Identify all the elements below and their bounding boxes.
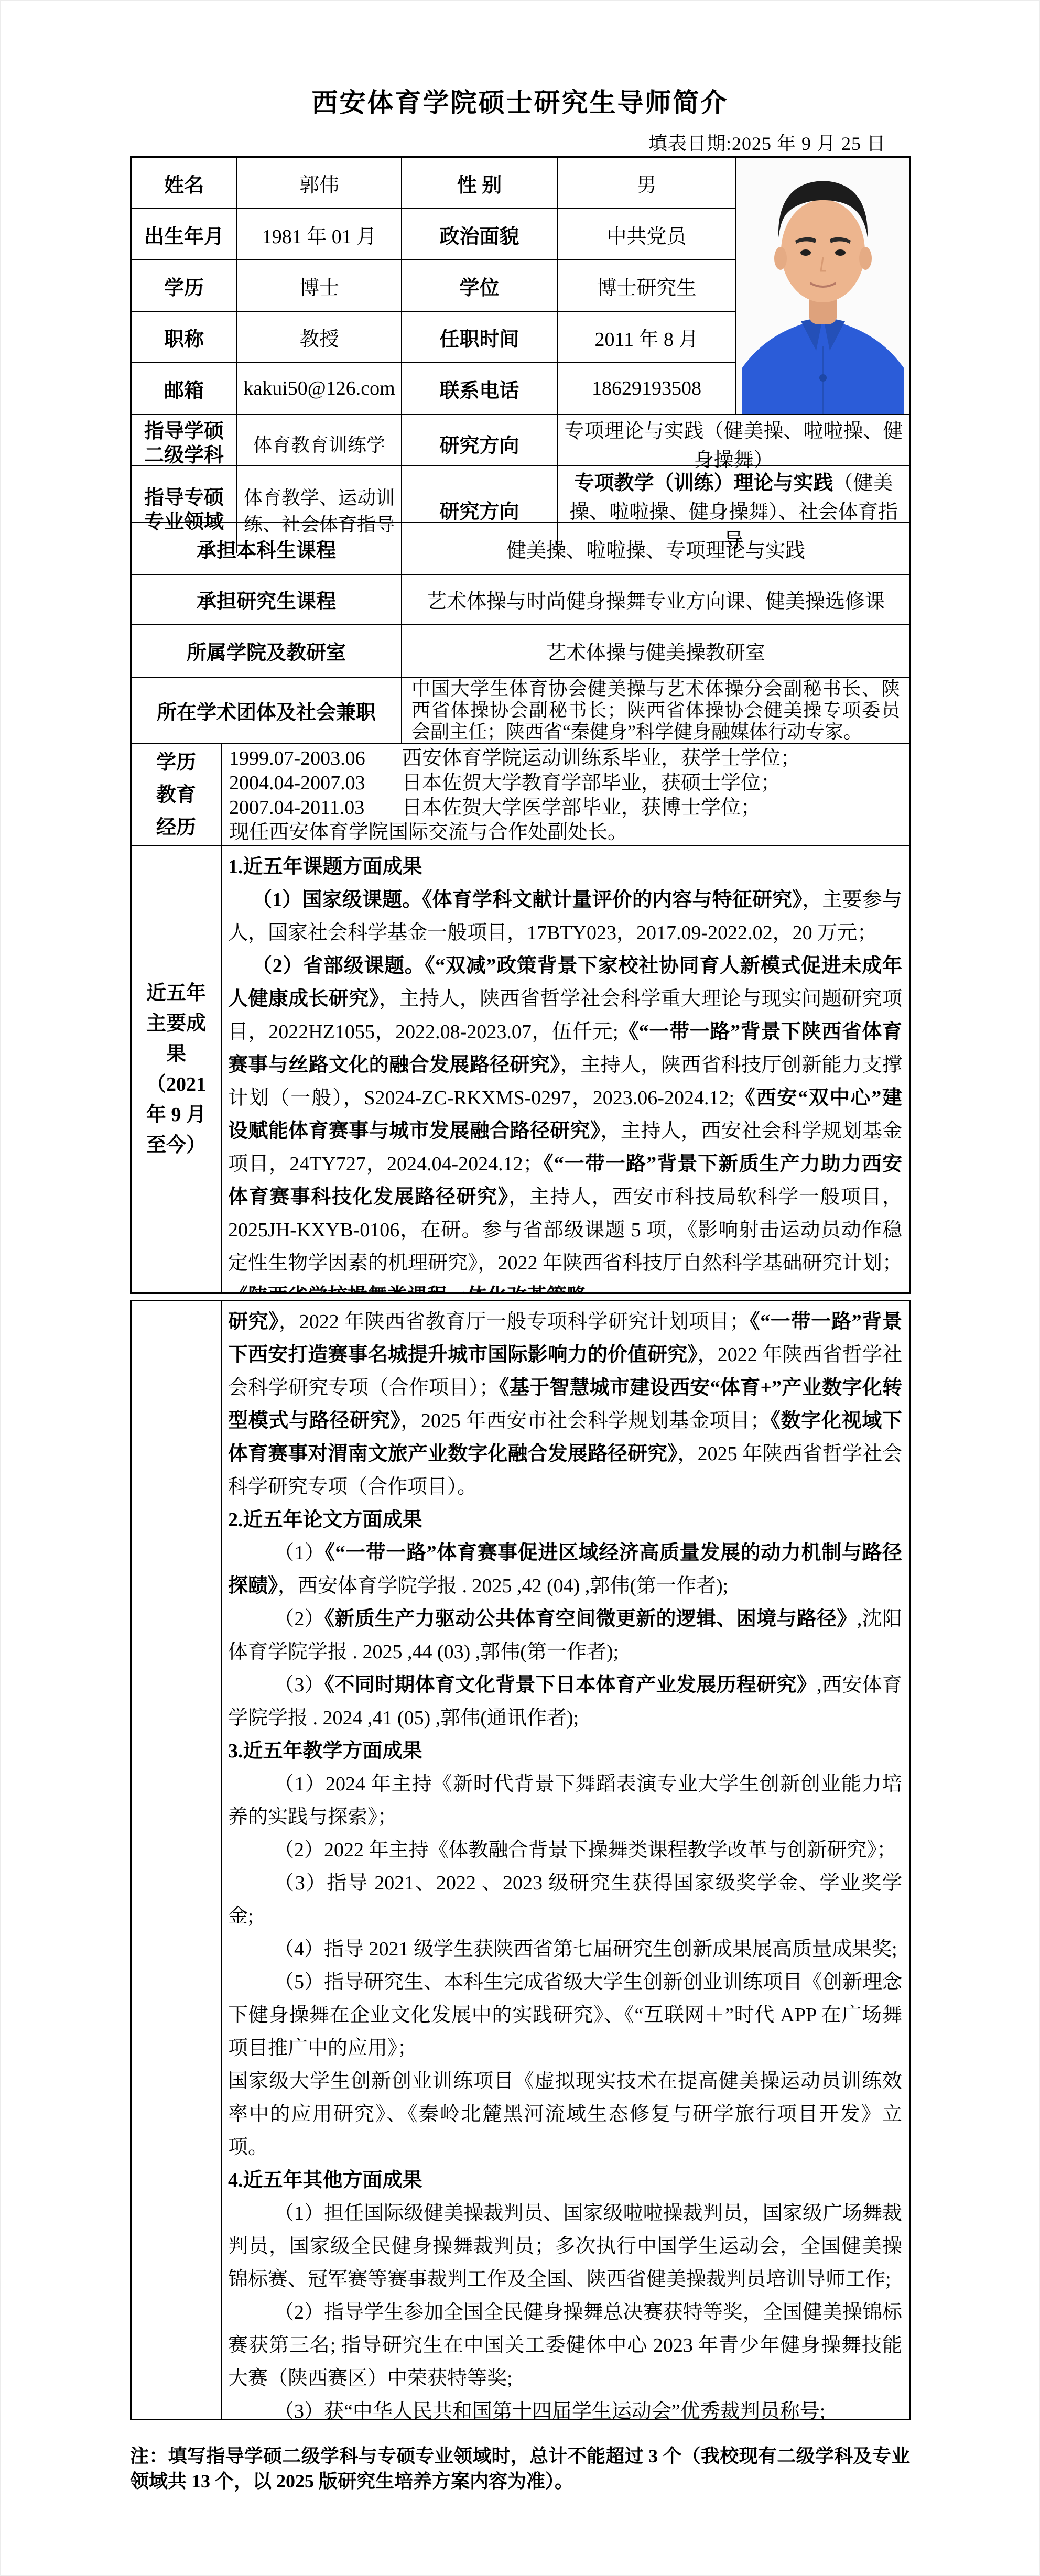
paragraph: 1.近五年课题方面成果 — [228, 851, 902, 884]
paragraph: （2）指导学生参加全国全民健身操舞总决赛获特等奖，全国健美操锦标赛获第三名; 指… — [228, 2296, 902, 2395]
table-row: 职称 教授 任职时间 2011 年 8 月 — [132, 311, 735, 362]
paragraph: （4）指导 2021 级学生获陕西省第七届研究生创新成果展高质量成果奖; — [228, 1933, 902, 1966]
table-row: 所在学术团体及社会兼职 中国大学生体育协会健美操与艺术体操分会副秘书长、陕西省体… — [132, 677, 909, 743]
education-period: 1999.07-2003.06 — [229, 746, 402, 771]
email-value: kakui50@126.com — [236, 363, 401, 414]
graduate-courses-value: 艺术体操与时尚健身操舞专业方向课、健美操选修课 — [401, 575, 909, 624]
table-row: 承担研究生课程 艺术体操与时尚健身操舞专业方向课、健美操选修课 — [132, 574, 909, 624]
paragraph: （1）担任国际级健美操裁判员、国家级啦啦操裁判员，国家级广场舞裁判员，国家级全民… — [228, 2197, 902, 2296]
political-label: 政治面貌 — [401, 209, 557, 259]
email-label: 邮箱 — [132, 363, 236, 414]
academic-master-discipline-value: 体育教育训练学 — [236, 415, 401, 472]
degree-value: 博士研究生 — [557, 260, 735, 311]
table-row: 邮箱 kakui50@126.com 联系电话 18629193508 — [132, 362, 735, 414]
paragraph: （5）指导研究生、本科生完成省级大学生创新创业训练项目《创新理念下健身操舞在企业… — [228, 1966, 902, 2065]
gender-label: 性 别 — [401, 158, 557, 208]
table-row: 指导学硕二级学科 体育教育训练学 研究方向 专项理论与实践（健美操、啦啦操、健身… — [132, 414, 909, 465]
name-value: 郭伟 — [236, 158, 401, 208]
achievements-content-part2: 研究》，2022 年陕西省教育厅一般专项科学研究计划项目；《“一带一路”背景下西… — [221, 1301, 909, 2419]
paragraph: （1）国家级课题。《体育学科文献计量评价的内容与特征研究》，主要参与人，国家社会… — [228, 884, 902, 950]
paragraph: （2）《新质生产力驱动公共体育空间微更新的逻辑、困境与路径》,沈阳体育学院学报 … — [228, 1603, 902, 1669]
rich-text: 专项理论与实践（健美操、啦啦操、健身操舞） — [563, 415, 904, 472]
portrait-photo — [735, 158, 909, 414]
paragraph: （1）2024 年主持《新时代背景下舞蹈表演专业大学生创新创业能力培养的实践与探… — [228, 1768, 902, 1834]
academic-master-discipline-label: 指导学硕二级学科 — [132, 415, 236, 472]
education-period: 2004.04-2007.03 — [229, 771, 402, 796]
appointment-value: 2011 年 8 月 — [557, 312, 735, 362]
page-title: 西安体育学院硕士研究生导师简介 — [0, 82, 1040, 119]
table-row: 指导专硕专业领域 体育教学、运动训练、社会体育指导 研究方向 专项教学（训练）理… — [132, 465, 909, 522]
undergrad-courses-label: 承担本科生课程 — [132, 523, 401, 574]
education-line: 1999.07-2003.06西安体育学院运动训练系毕业，获学士学位； — [229, 746, 904, 771]
footer-note: 注：填写指导学硕二级学科与专硕专业领域时，总计不能超过 3 个（我校现有二级学科… — [130, 2443, 910, 2494]
education-period: 2007.04-2011.03 — [229, 796, 402, 820]
appointment-label: 任职时间 — [401, 312, 557, 362]
graduate-courses-label: 承担研究生课程 — [132, 575, 401, 624]
education-history-label: 学历教育经历 — [132, 744, 221, 845]
paragraph: 4.近五年其他方面成果 — [228, 2164, 902, 2197]
achievements-continued-table: 研究》，2022 年陕西省教育厅一般专项科学研究计划项目；《“一带一路”背景下西… — [130, 1300, 911, 2420]
paragraph: （3）指导 2021、2022 、2023 级研究生获得国家级奖学金、学业奖学金… — [228, 1867, 902, 1933]
table-row: 学历 博士 学位 博士研究生 — [132, 259, 735, 311]
title-rank-label: 职称 — [132, 312, 236, 362]
table-row: 近五年主要成果（2021 年 9 月至今） 1.近五年课题方面成果（1）国家级课… — [132, 845, 909, 1292]
achievements-continued-label-cell — [132, 1301, 221, 2419]
fill-date: 填表日期:2025 年 9 月 25 日 — [648, 129, 886, 156]
paragraph: 3.近五年教学方面成果 — [228, 1735, 902, 1768]
education-line: 现任西安体育学院国际交流与合作处副处长。 — [229, 820, 904, 845]
birth-label: 出生年月 — [132, 209, 236, 259]
education-detail: 现任西安体育学院国际交流与合作处副处长。 — [229, 821, 627, 843]
achievements-label: 近五年主要成果（2021 年 9 月至今） — [132, 846, 221, 1292]
supervisor-info-table: 姓名 郭伟 性 别 男 出生年月 1981 年 01 月 政治面貌 中共党员 学… — [130, 156, 911, 1294]
education-detail: 日本佐贺大学教育学部毕业，获硕士学位； — [402, 772, 781, 794]
research-direction-value: 专项理论与实践（健美操、啦啦操、健身操舞） — [557, 415, 909, 472]
degree-label: 学位 — [401, 260, 557, 311]
undergrad-courses-value: 健美操、啦啦操、专项理论与实践 — [401, 523, 909, 574]
table-row: 学历教育经历 1999.07-2003.06西安体育学院运动训练系毕业，获学士学… — [132, 743, 909, 845]
paragraph: 国家级大学生创新创业训练项目《虚拟现实技术在提高健美操运动员训练效率中的应用研究… — [228, 2065, 902, 2164]
achievements-content-part1: 1.近五年课题方面成果（1）国家级课题。《体育学科文献计量评价的内容与特征研究》… — [221, 846, 909, 1292]
department-label: 所属学院及教研室 — [132, 625, 401, 677]
political-value: 中共党员 — [557, 209, 735, 259]
paragraph: （3）《不同时期体育文化背景下日本体育产业发展历程研究》,西安体育学院学报 . … — [228, 1669, 902, 1735]
birth-value: 1981 年 01 月 — [236, 209, 401, 259]
gender-value: 男 — [557, 158, 735, 208]
name-label: 姓名 — [132, 158, 236, 208]
memberships-text: 中国大学生体育协会健美操与艺术体操分会副秘书长、陕西省体操协会副秘书长；陕西省体… — [408, 678, 903, 743]
paragraph: （3）获“中华人民共和国第十四届学生运动会”优秀裁判员称号; — [228, 2395, 902, 2419]
portrait-photo-svg — [736, 158, 909, 414]
phone-label: 联系电话 — [401, 363, 557, 414]
education-value: 博士 — [236, 260, 401, 311]
education-detail: 西安体育学院运动训练系毕业，获学士学位； — [402, 747, 800, 769]
table-row: 姓名 郭伟 性 别 男 — [132, 158, 735, 208]
research-direction-label: 研究方向 — [401, 415, 557, 472]
education-line: 2007.04-2011.03日本佐贺大学医学部毕业，获博士学位； — [229, 796, 904, 820]
document-page: 西安体育学院硕士研究生导师简介 填表日期:2025 年 9 月 25 日 — [0, 0, 1040, 2576]
education-detail: 日本佐贺大学医学部毕业，获博士学位； — [402, 797, 761, 819]
memberships-label: 所在学术团体及社会兼职 — [132, 678, 401, 743]
title-rank-value: 教授 — [236, 312, 401, 362]
department-value: 艺术体操与健美操教研室 — [401, 625, 909, 677]
education-history-content: 1999.07-2003.06西安体育学院运动训练系毕业，获学士学位； 2004… — [221, 744, 909, 845]
paragraph: 2.近五年论文方面成果 — [228, 1504, 902, 1537]
table-row: 承担本科生课程 健美操、啦啦操、专项理论与实践 — [132, 522, 909, 574]
education-line: 2004.04-2007.03日本佐贺大学教育学部毕业，获硕士学位； — [229, 771, 904, 796]
paragraph: （2）2022 年主持《体教融合背景下操舞类课程教学改革与创新研究》； — [228, 1834, 902, 1867]
table-row: 所属学院及教研室 艺术体操与健美操教研室 — [132, 624, 909, 677]
paragraph: （2）省部级课题。《“双减”政策背景下家校社协同育人新模式促进未成年人健康成长研… — [228, 950, 902, 1292]
memberships-value: 中国大学生体育协会健美操与艺术体操分会副秘书长、陕西省体操协会副秘书长；陕西省体… — [401, 678, 909, 743]
paragraph: 研究》，2022 年陕西省教育厅一般专项科学研究计划项目；《“一带一路”背景下西… — [228, 1306, 902, 1504]
phone-value: 18629193508 — [557, 363, 735, 414]
paragraph: （1）《“一带一路”体育赛事促进区域经济高质量发展的动力机制与路径探赜》，西安体… — [228, 1537, 902, 1603]
table-row: 出生年月 1981 年 01 月 政治面貌 中共党员 — [132, 208, 735, 259]
education-label: 学历 — [132, 260, 236, 311]
